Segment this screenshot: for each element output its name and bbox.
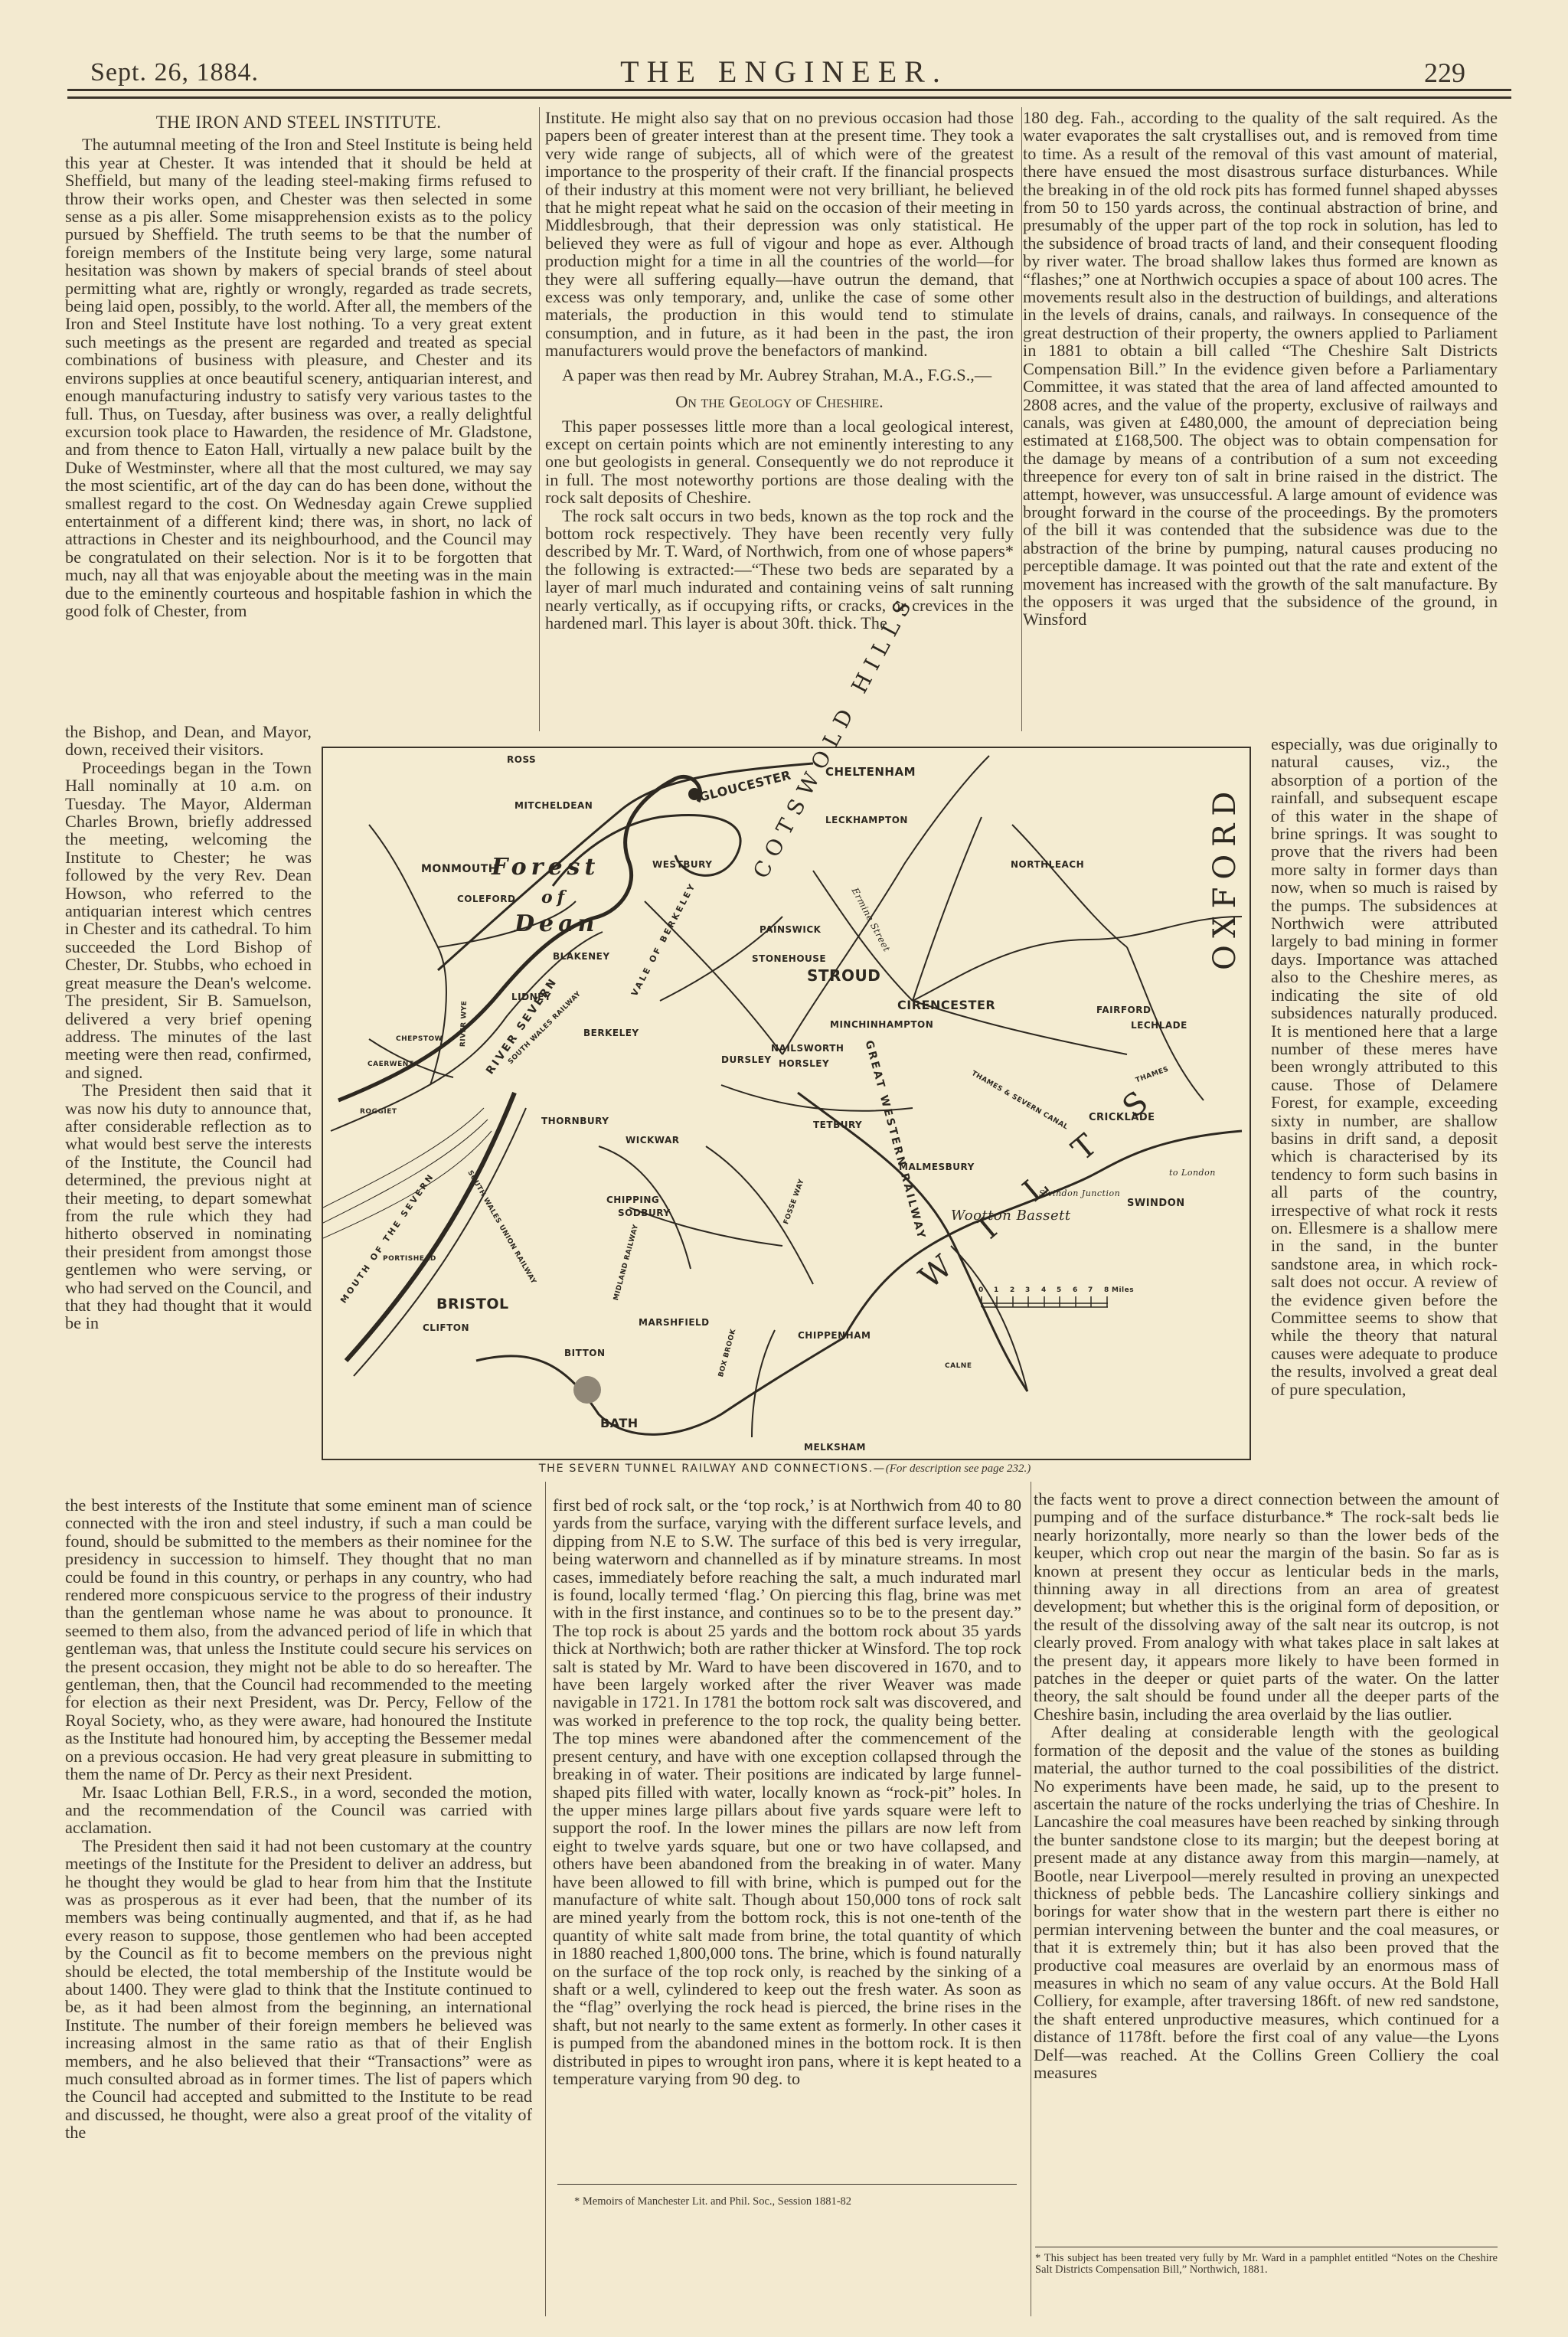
label-northleach: NORTHLEACH [1011,859,1084,870]
scale-tick: 6 [1073,1286,1078,1294]
paragraph: the Bishop, and Dean, and Mayor, down, r… [65,723,312,759]
column-2-top: Institute. He might also say that on no … [545,109,1014,632]
label-painswick: PAINSWICK [759,924,821,935]
label-river-wye: RIVER WYE [459,1000,469,1047]
footnote: * This subject has been treated very ful… [1035,2253,1498,2276]
label-horsley: HORSLEY [779,1058,829,1069]
label-chipping: CHIPPING [606,1195,659,1205]
label-to-london: to London [1169,1168,1216,1178]
section-heading: On the Geology of Cheshire. [545,393,1014,410]
label-tetbury: TETBURY [813,1119,862,1130]
paragraph: The autumnal meeting of the Iron and Ste… [65,136,532,619]
column-divider [1021,107,1022,731]
paragraph: A paper was then read by Mr. Aubrey Stra… [545,366,1014,384]
paragraph: After dealing at considerable length wit… [1034,1723,1499,2081]
bristol-marker [573,1376,601,1404]
label-oxford: OXFORD [1207,784,1243,970]
paragraph: first bed of rock salt, or the ‘top rock… [553,1496,1021,2087]
label-fairford: FAIRFORD [1096,1005,1151,1015]
footnote-rule [557,2184,1017,2185]
footnote-rule [1035,2247,1498,2247]
page-number: 229 [1424,57,1465,89]
column-3-top: 180 deg. Fah., according to the quality … [1023,109,1498,629]
label-forest: Forest [492,854,599,881]
scale-tick: 8 [1104,1286,1109,1294]
column-1-top: THE IRON AND STEEL INSTITUTE. The autumn… [65,109,532,619]
column-1-narrow: the Bishop, and Dean, and Mayor, down, r… [65,723,312,1332]
label-wickwar: WICKWAR [626,1135,680,1146]
map-caption: THE SEVERN TUNNEL RAILWAY AND CONNECTION… [322,1463,1248,1476]
label-cirencester: CIRENCESTER [897,998,995,1012]
label-bitton: BITTON [564,1348,606,1358]
label-nailsworth: NAILSWORTH [771,1043,844,1054]
label-mitcheldean: MITCHELDEAN [514,800,593,811]
label-roggiet: ROGGIET [360,1108,397,1116]
paragraph: This paper possesses little more than a … [545,417,1014,507]
label-caerwent: CAERWENT [367,1061,413,1068]
scale-unit: Miles [1112,1286,1134,1294]
header-rule [67,96,1511,99]
label-calne: CALNE [945,1362,972,1370]
severn-tunnel-map: ROSS MITCHELDEAN MONMOUTH Forest of Dean… [322,747,1251,1460]
label-minchinhampton: MINCHINHAMPTON [830,1019,933,1030]
paragraph: Proceedings began in the Town Hall nomin… [65,759,312,1081]
label-of: of [541,887,569,907]
scale-tick: 1 [994,1286,999,1294]
header-rule [67,89,1511,91]
label-clifton: CLIFTON [423,1322,469,1333]
label-malmesbury: MALMESBURY [899,1162,975,1172]
label-chepstow: CHEPSTOW [396,1035,443,1043]
label-portishead: PORTISHEAD [383,1255,436,1263]
scale-bar [982,1296,1108,1307]
caption-title: THE SEVERN TUNNEL RAILWAY AND CONNECTION… [539,1463,886,1475]
label-berkeley: BERKELEY [583,1028,639,1038]
paragraph: The President then said it had not been … [65,1837,532,2142]
scale-tick: 5 [1057,1286,1062,1294]
paragraph: the facts went to prove a direct connect… [1034,1490,1499,1723]
label-sodbury: SODBURY [618,1208,670,1218]
paragraph: 180 deg. Fah., according to the quality … [1023,109,1498,629]
paragraph: The President then said that it was now … [65,1081,312,1332]
label-lechlade: LECHLADE [1131,1020,1187,1031]
label-ross: ROSS [507,754,536,765]
label-stonehouse: STONEHOUSE [752,953,826,964]
footnote: * Memoirs of Manchester Lit. and Phil. S… [574,2196,1018,2208]
label-bath: BATH [600,1416,639,1430]
label-chippenham: CHIPPENHAM [798,1330,871,1341]
page-header: Sept. 26, 1884. THE ENGINEER. 229 [0,0,1568,100]
scale-tick: 4 [1041,1286,1047,1294]
label-swindon: SWINDON [1127,1198,1185,1209]
column-1-bottom: the best interests of the Institute that… [65,1496,532,2142]
label-marshfield: MARSHFIELD [639,1317,710,1328]
scale-tick: 3 [1025,1286,1031,1294]
label-thornbury: THORNBURY [541,1116,609,1126]
label-monmouth: MONMOUTH [421,863,498,875]
paragraph: The rock salt occurs in two beds, known … [545,507,1014,632]
label-dursley: DURSLEY [721,1054,772,1065]
label-westbury: WESTBURY [652,859,712,870]
label-dean: Dean [514,910,599,937]
article-title: THE IRON AND STEEL INSTITUTE. [65,113,532,131]
publication-title: THE ENGINEER. [0,54,1568,90]
column-divider [545,1482,546,2316]
label-coleford: COLEFORD [457,894,515,904]
paragraph: Institute. He might also say that on no … [545,109,1014,360]
label-melksham: MELKSHAM [804,1442,866,1453]
label-blakeney: BLAKENEY [553,951,610,962]
caption-note: (For description see page 232.) [886,1463,1031,1475]
column-3-narrow: especially, was due originally to natura… [1271,735,1498,1398]
label-bristol: BRISTOL [436,1296,509,1312]
label-stroud: STROUD [807,966,880,985]
paragraph: Mr. Isaac Lothian Bell, F.R.S., in a wor… [65,1783,532,1837]
paragraph: especially, was due originally to natura… [1271,735,1498,1398]
label-leckhampton: LECKHAMPTON [825,815,908,825]
column-divider [539,107,540,731]
scale-tick: 7 [1088,1286,1093,1294]
scale-tick: 0 [978,1286,984,1294]
column-2-bottom: first bed of rock salt, or the ‘top rock… [553,1496,1021,2087]
scale-tick: 2 [1010,1286,1015,1294]
label-cheltenham: CHELTENHAM [825,765,916,779]
column-3-bottom: the facts went to prove a direct connect… [1034,1490,1499,2081]
paragraph: the best interests of the Institute that… [65,1496,532,1783]
column-divider [1031,1482,1031,2316]
